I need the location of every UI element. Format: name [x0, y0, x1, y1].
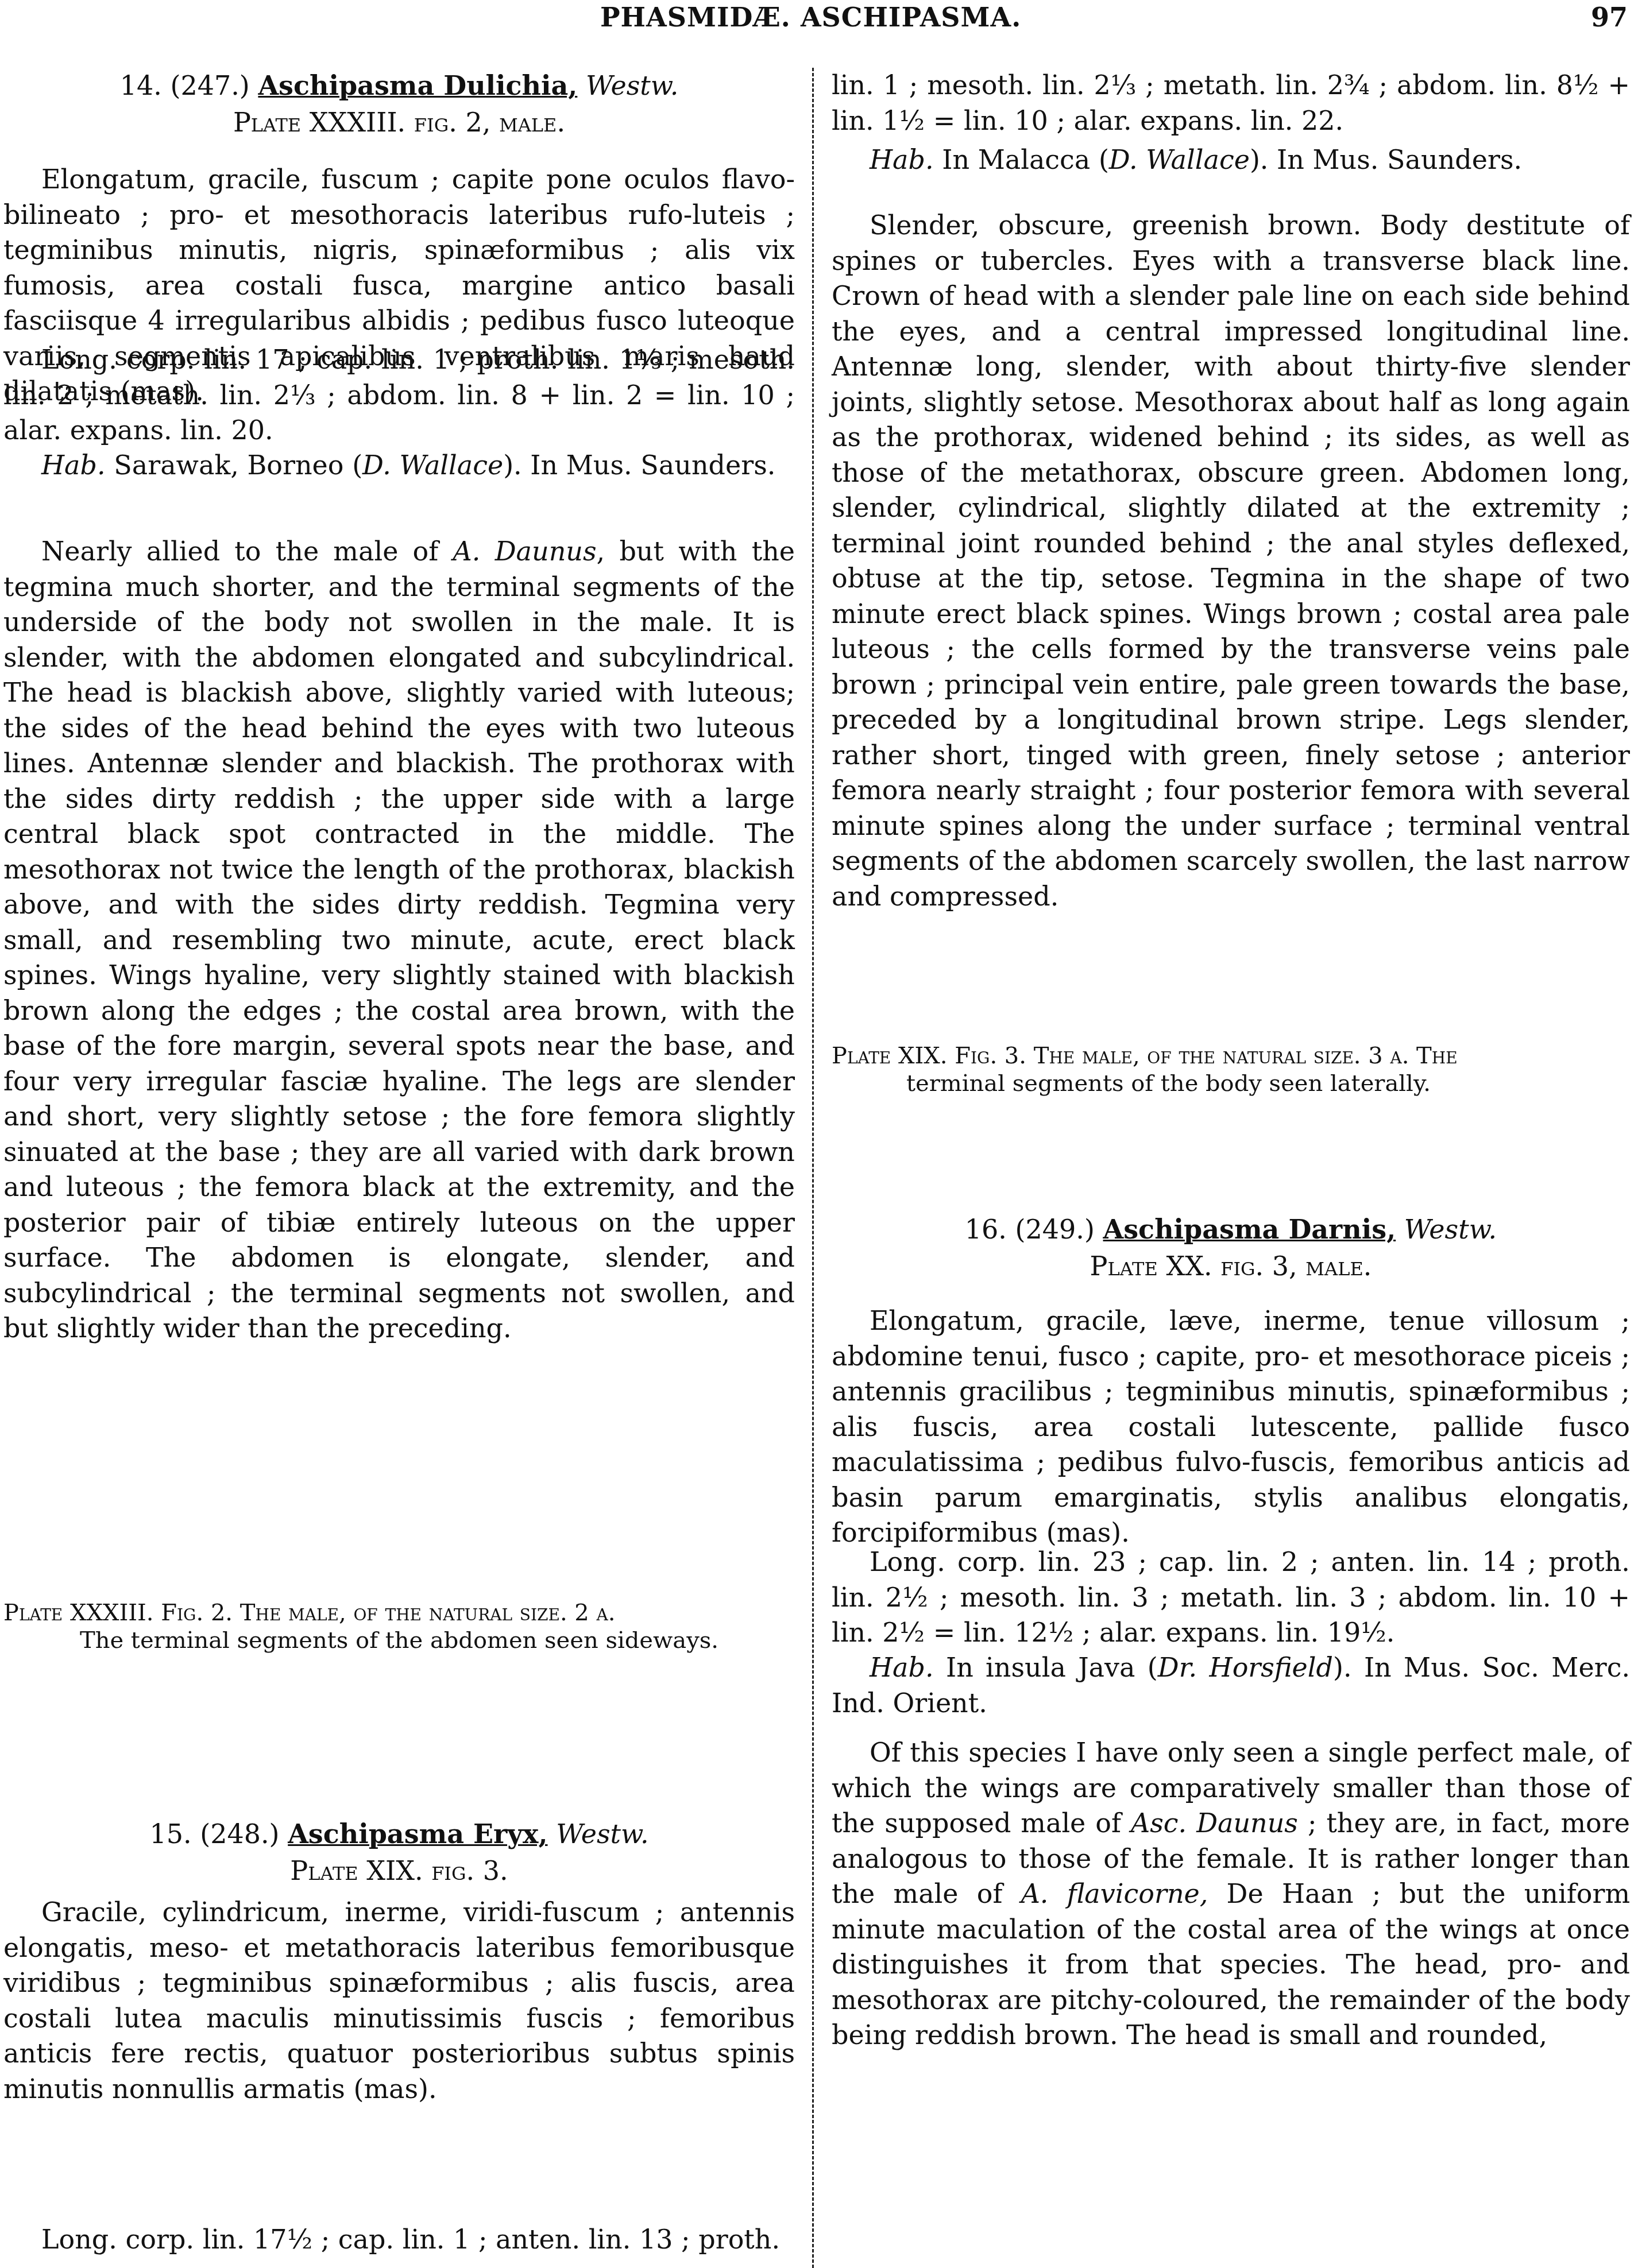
species-14-heading: 14. (247.) Aschipasma Dulichia, Westw.: [3, 68, 795, 103]
column-divider: [812, 68, 814, 2268]
species-15-discussion: Slender, obscure, greenish brown. Body d…: [832, 208, 1630, 914]
species-author: Westw.: [1404, 1214, 1497, 1245]
species-number: 14. (247.): [120, 70, 250, 101]
species-author: Westw.: [556, 1818, 648, 1849]
species-name: Aschipasma Darnis,: [1103, 1214, 1396, 1245]
species-16-heading: 16. (249.) Aschipasma Darnis, Westw.: [832, 1212, 1630, 1247]
species-14-plate-ref: Plate XXXIII. fig. 2, male.: [3, 105, 795, 140]
species-14-measurements: Long. corp. lin. 17 ; cap. lin. 1 ; prot…: [3, 342, 795, 448]
species-15-measurements-start: Long. corp. lin. 17½ ; cap. lin. 1 ; ant…: [3, 2222, 795, 2258]
species-15-measurements-end: lin. 1 ; mesoth. lin. 2⅓ ; metath. lin. …: [832, 68, 1630, 138]
species-15-heading: 15. (248.) Aschipasma Eryx, Westw.: [3, 1816, 795, 1852]
species-14-habitat: Hab. Sarawak, Borneo (D. Wallace). In Mu…: [3, 448, 795, 483]
species-author: Westw.: [586, 70, 678, 101]
species-number: 16. (249.): [965, 1214, 1095, 1245]
species-15-latin-description: Gracile, cylindricum, inerme, viridi-fus…: [3, 1895, 795, 2107]
species-16-measurements: Long. corp. lin. 23 ; cap. lin. 2 ; ante…: [832, 1545, 1630, 1651]
species-14-plate-caption: Plate XXXIII. Fig. 2. The male, of the n…: [3, 1599, 795, 1654]
page-number: 97: [1591, 0, 1628, 34]
species-15-habitat: Hab. In Malacca (D. Wallace). In Mus. Sa…: [832, 142, 1630, 178]
species-number: 15. (248.): [149, 1818, 279, 1849]
species-15-plate-caption: Plate XIX. Fig. 3. The male, of the natu…: [832, 1042, 1630, 1097]
running-title: PHASMIDÆ. ASCHIPASMA.: [600, 0, 1021, 34]
species-name: Aschipasma Dulichia,: [258, 70, 577, 101]
species-14-discussion: Nearly allied to the male of A. Daunus, …: [3, 534, 795, 1346]
species-name: Aschipasma Eryx,: [288, 1818, 547, 1849]
species-16-plate-ref: Plate XX. fig. 3, male.: [832, 1248, 1630, 1284]
species-16-habitat: Hab. In insula Java (Dr. Horsfield). In …: [832, 1650, 1630, 1721]
species-16-discussion: Of this species I have only seen a singl…: [832, 1735, 1630, 2053]
running-head: PHASMIDÆ. ASCHIPASMA. 97: [0, 0, 1638, 34]
species-16-latin-description: Elongatum, gracile, læve, inerme, tenue …: [832, 1303, 1630, 1551]
species-15-plate-ref: Plate XIX. fig. 3.: [3, 1853, 795, 1888]
